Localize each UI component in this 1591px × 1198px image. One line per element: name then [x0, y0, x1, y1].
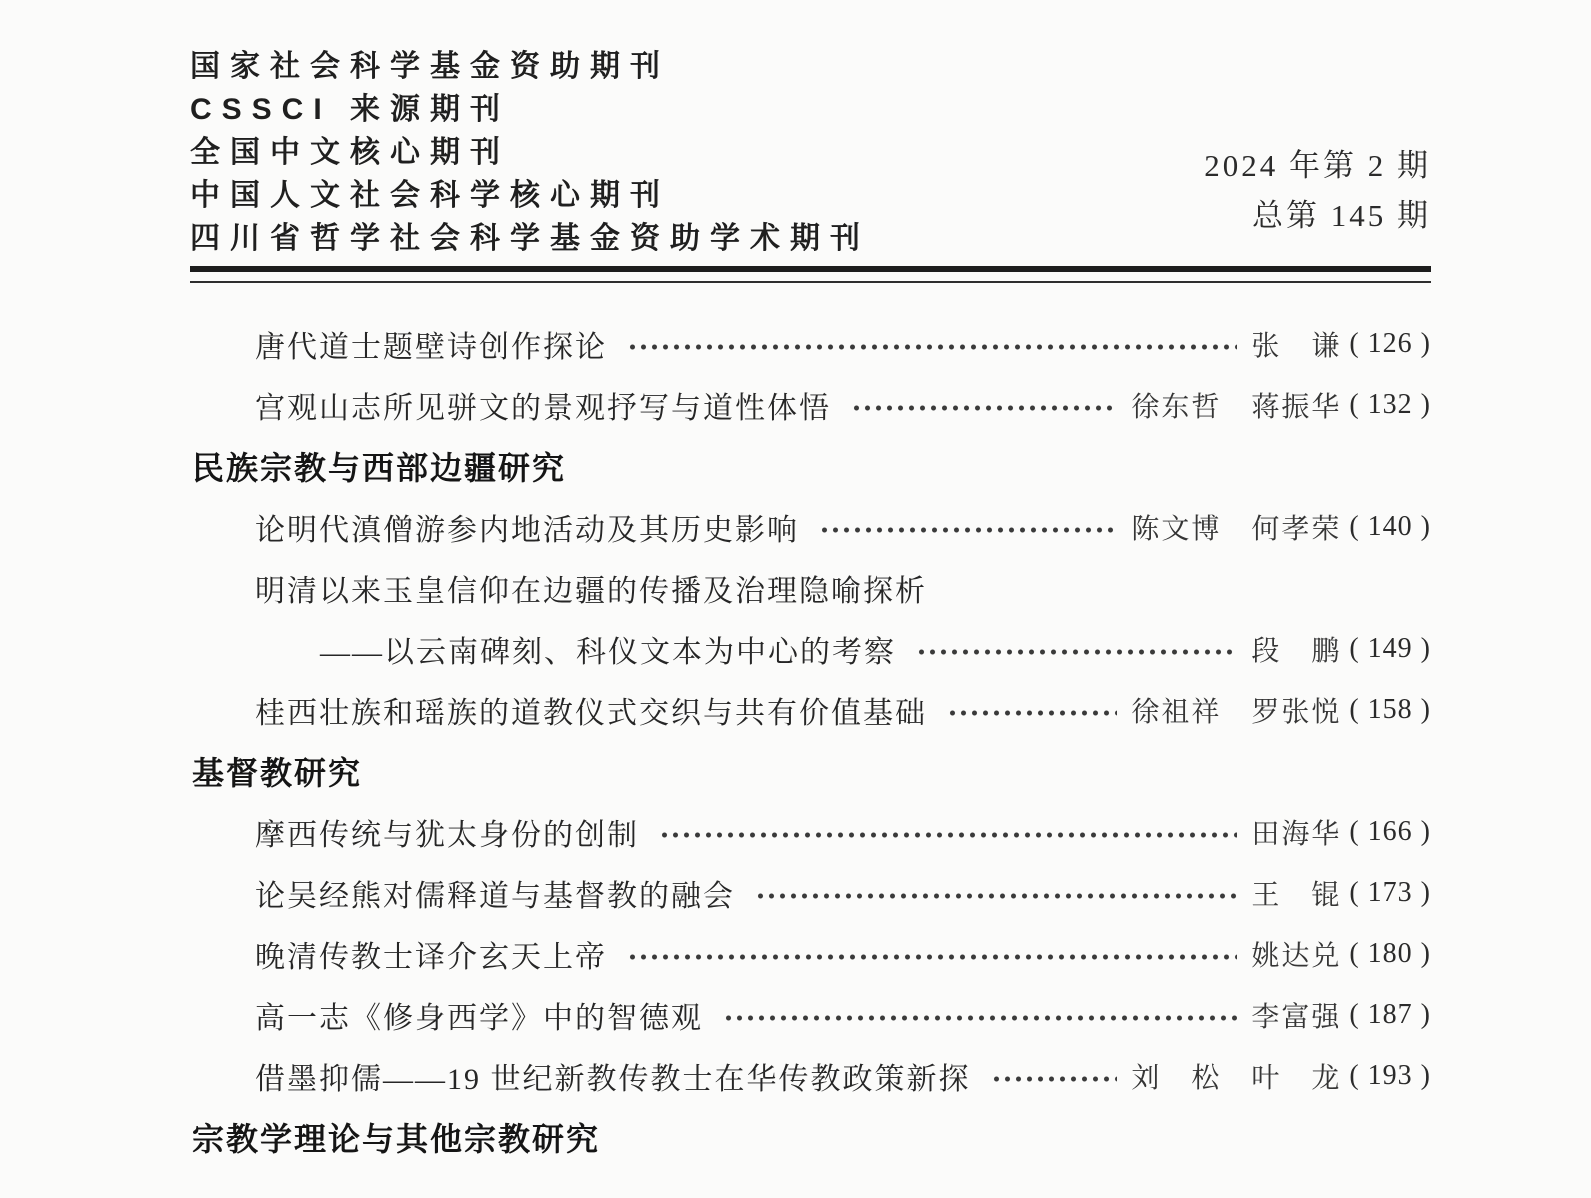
toc-entry: 宫观山志所见骈文的景观抒写与道性体悟徐东哲 蒋振华( 132 ): [190, 374, 1431, 435]
toc-entry: 桂西壮族和瑶族的道教仪式交织与共有价值基础徐祖祥 罗张悦( 158 ): [190, 679, 1431, 740]
article-authors: 段 鹏: [1251, 629, 1341, 669]
badge-line: 中国人文社会科学核心期刊: [190, 174, 870, 217]
article-title: 高一志《修身西学》中的智德观: [255, 993, 703, 1037]
article-title: 论吴经熊对儒释道与基督教的融会: [255, 871, 735, 915]
article-page-number: ( 126 ): [1349, 328, 1431, 360]
badge-line: 四川省哲学社会科学基金资助学术期刊: [190, 217, 870, 260]
toc-entry: 晚清传教士译介玄天上帝姚达兑( 180 ): [190, 923, 1431, 984]
article-page-number: ( 140 ): [1349, 511, 1431, 543]
article-authors: 姚达兑: [1251, 934, 1341, 974]
article-authors: 刘 松 叶 龙: [1131, 1056, 1341, 1096]
article-page-number: ( 173 ): [1349, 877, 1431, 909]
section-title: 宗教学理论与其他宗教研究: [192, 1114, 600, 1160]
section-title: 民族宗教与西部边疆研究: [192, 443, 566, 489]
toc-entry: 高一志《修身西学》中的智德观李富强( 187 ): [190, 984, 1431, 1045]
article-page-number: ( 193 ): [1349, 1060, 1431, 1092]
article-page-number: ( 166 ): [1349, 816, 1431, 848]
toc-entry: 明清以来玉皇信仰在边疆的传播及治理隐喻探析: [190, 557, 1431, 618]
article-title: 明清以来玉皇信仰在边疆的传播及治理隐喻探析: [255, 566, 927, 610]
article-title: 借墨抑儒——19 世纪新教传教士在华传教政策新探: [255, 1054, 971, 1098]
article-authors: 李富强: [1251, 995, 1341, 1035]
article-title: 晚清传教士译介玄天上帝: [255, 932, 607, 976]
article-title: 宫观山志所见骈文的景观抒写与道性体悟: [255, 383, 831, 427]
article-page-number: ( 180 ): [1349, 938, 1431, 970]
toc-section-heading: 基督教研究: [190, 740, 1431, 801]
article-page-number: ( 158 ): [1349, 694, 1431, 726]
article-authors: 张 谦: [1251, 324, 1341, 364]
issue-info: 2024 年第 2 期 总第 145 期: [1204, 141, 1431, 241]
toc-section-heading: 民族宗教与西部边疆研究: [190, 435, 1431, 496]
toc: 唐代道士题壁诗创作探论张 谦( 126 )宫观山志所见骈文的景观抒写与道性体悟徐…: [190, 313, 1431, 1167]
header-rule-thick: [190, 266, 1431, 272]
dot-leader: [991, 1064, 1118, 1094]
article-title: 唐代道士题壁诗创作探论: [255, 322, 607, 366]
article-title: 论明代滇僧游参内地活动及其历史影响: [255, 505, 799, 549]
journal-toc-page: 国家社会科学基金资助期刊 CSSCI 来源期刊 全国中文核心期刊 中国人文社会科…: [0, 0, 1591, 1198]
article-page-number: ( 132 ): [1349, 389, 1431, 421]
badge-line: 国家社会科学基金资助期刊: [190, 45, 870, 88]
article-authors: 徐东哲 蒋振华: [1131, 385, 1341, 425]
article-authors: 徐祖祥 罗张悦: [1131, 690, 1341, 730]
journal-badges: 国家社会科学基金资助期刊 CSSCI 来源期刊 全国中文核心期刊 中国人文社会科…: [190, 45, 870, 260]
article-authors: 王 锟: [1251, 873, 1341, 913]
header-rule-thin: [190, 281, 1431, 283]
dot-leader: [916, 637, 1237, 667]
dot-leader: [659, 820, 1237, 850]
dot-leader: [851, 393, 1117, 423]
toc-entry: 摩西传统与犹太身份的创制田海华( 166 ): [190, 801, 1431, 862]
section-title: 基督教研究: [192, 748, 362, 794]
dot-leader: [723, 1003, 1237, 1033]
badge-line: CSSCI 来源期刊: [190, 88, 870, 131]
dot-leader: [947, 698, 1117, 728]
issue-cumulative-number: 总第 145 期: [1204, 191, 1431, 241]
article-title: 桂西壮族和瑶族的道教仪式交织与共有价值基础: [255, 688, 927, 732]
toc-entry: 借墨抑儒——19 世纪新教传教士在华传教政策新探刘 松 叶 龙( 193 ): [190, 1045, 1431, 1106]
badge-line: 全国中文核心期刊: [190, 131, 870, 174]
issue-number: 2024 年第 2 期: [1204, 141, 1431, 191]
dot-leader: [755, 881, 1237, 911]
toc-section-heading: 宗教学理论与其他宗教研究: [190, 1106, 1431, 1167]
dot-leader: [819, 515, 1117, 545]
article-authors: 陈文博 何孝荣: [1131, 507, 1341, 547]
article-page-number: ( 149 ): [1349, 633, 1431, 665]
dot-leader: [627, 332, 1237, 362]
article-title: 摩西传统与犹太身份的创制: [255, 810, 639, 854]
dot-leader: [627, 942, 1237, 972]
article-authors: 田海华: [1251, 812, 1341, 852]
article-page-number: ( 187 ): [1349, 999, 1431, 1031]
toc-entry: 论吴经熊对儒释道与基督教的融会王 锟( 173 ): [190, 862, 1431, 923]
toc-entry: 唐代道士题壁诗创作探论张 谦( 126 ): [190, 313, 1431, 374]
toc-entry: ——以云南碑刻、科仪文本为中心的考察段 鹏( 149 ): [190, 618, 1431, 679]
article-title: ——以云南碑刻、科仪文本为中心的考察: [320, 627, 896, 671]
toc-entry: 论明代滇僧游参内地活动及其历史影响陈文博 何孝荣( 140 ): [190, 496, 1431, 557]
masthead: 国家社会科学基金资助期刊 CSSCI 来源期刊 全国中文核心期刊 中国人文社会科…: [190, 45, 1431, 260]
